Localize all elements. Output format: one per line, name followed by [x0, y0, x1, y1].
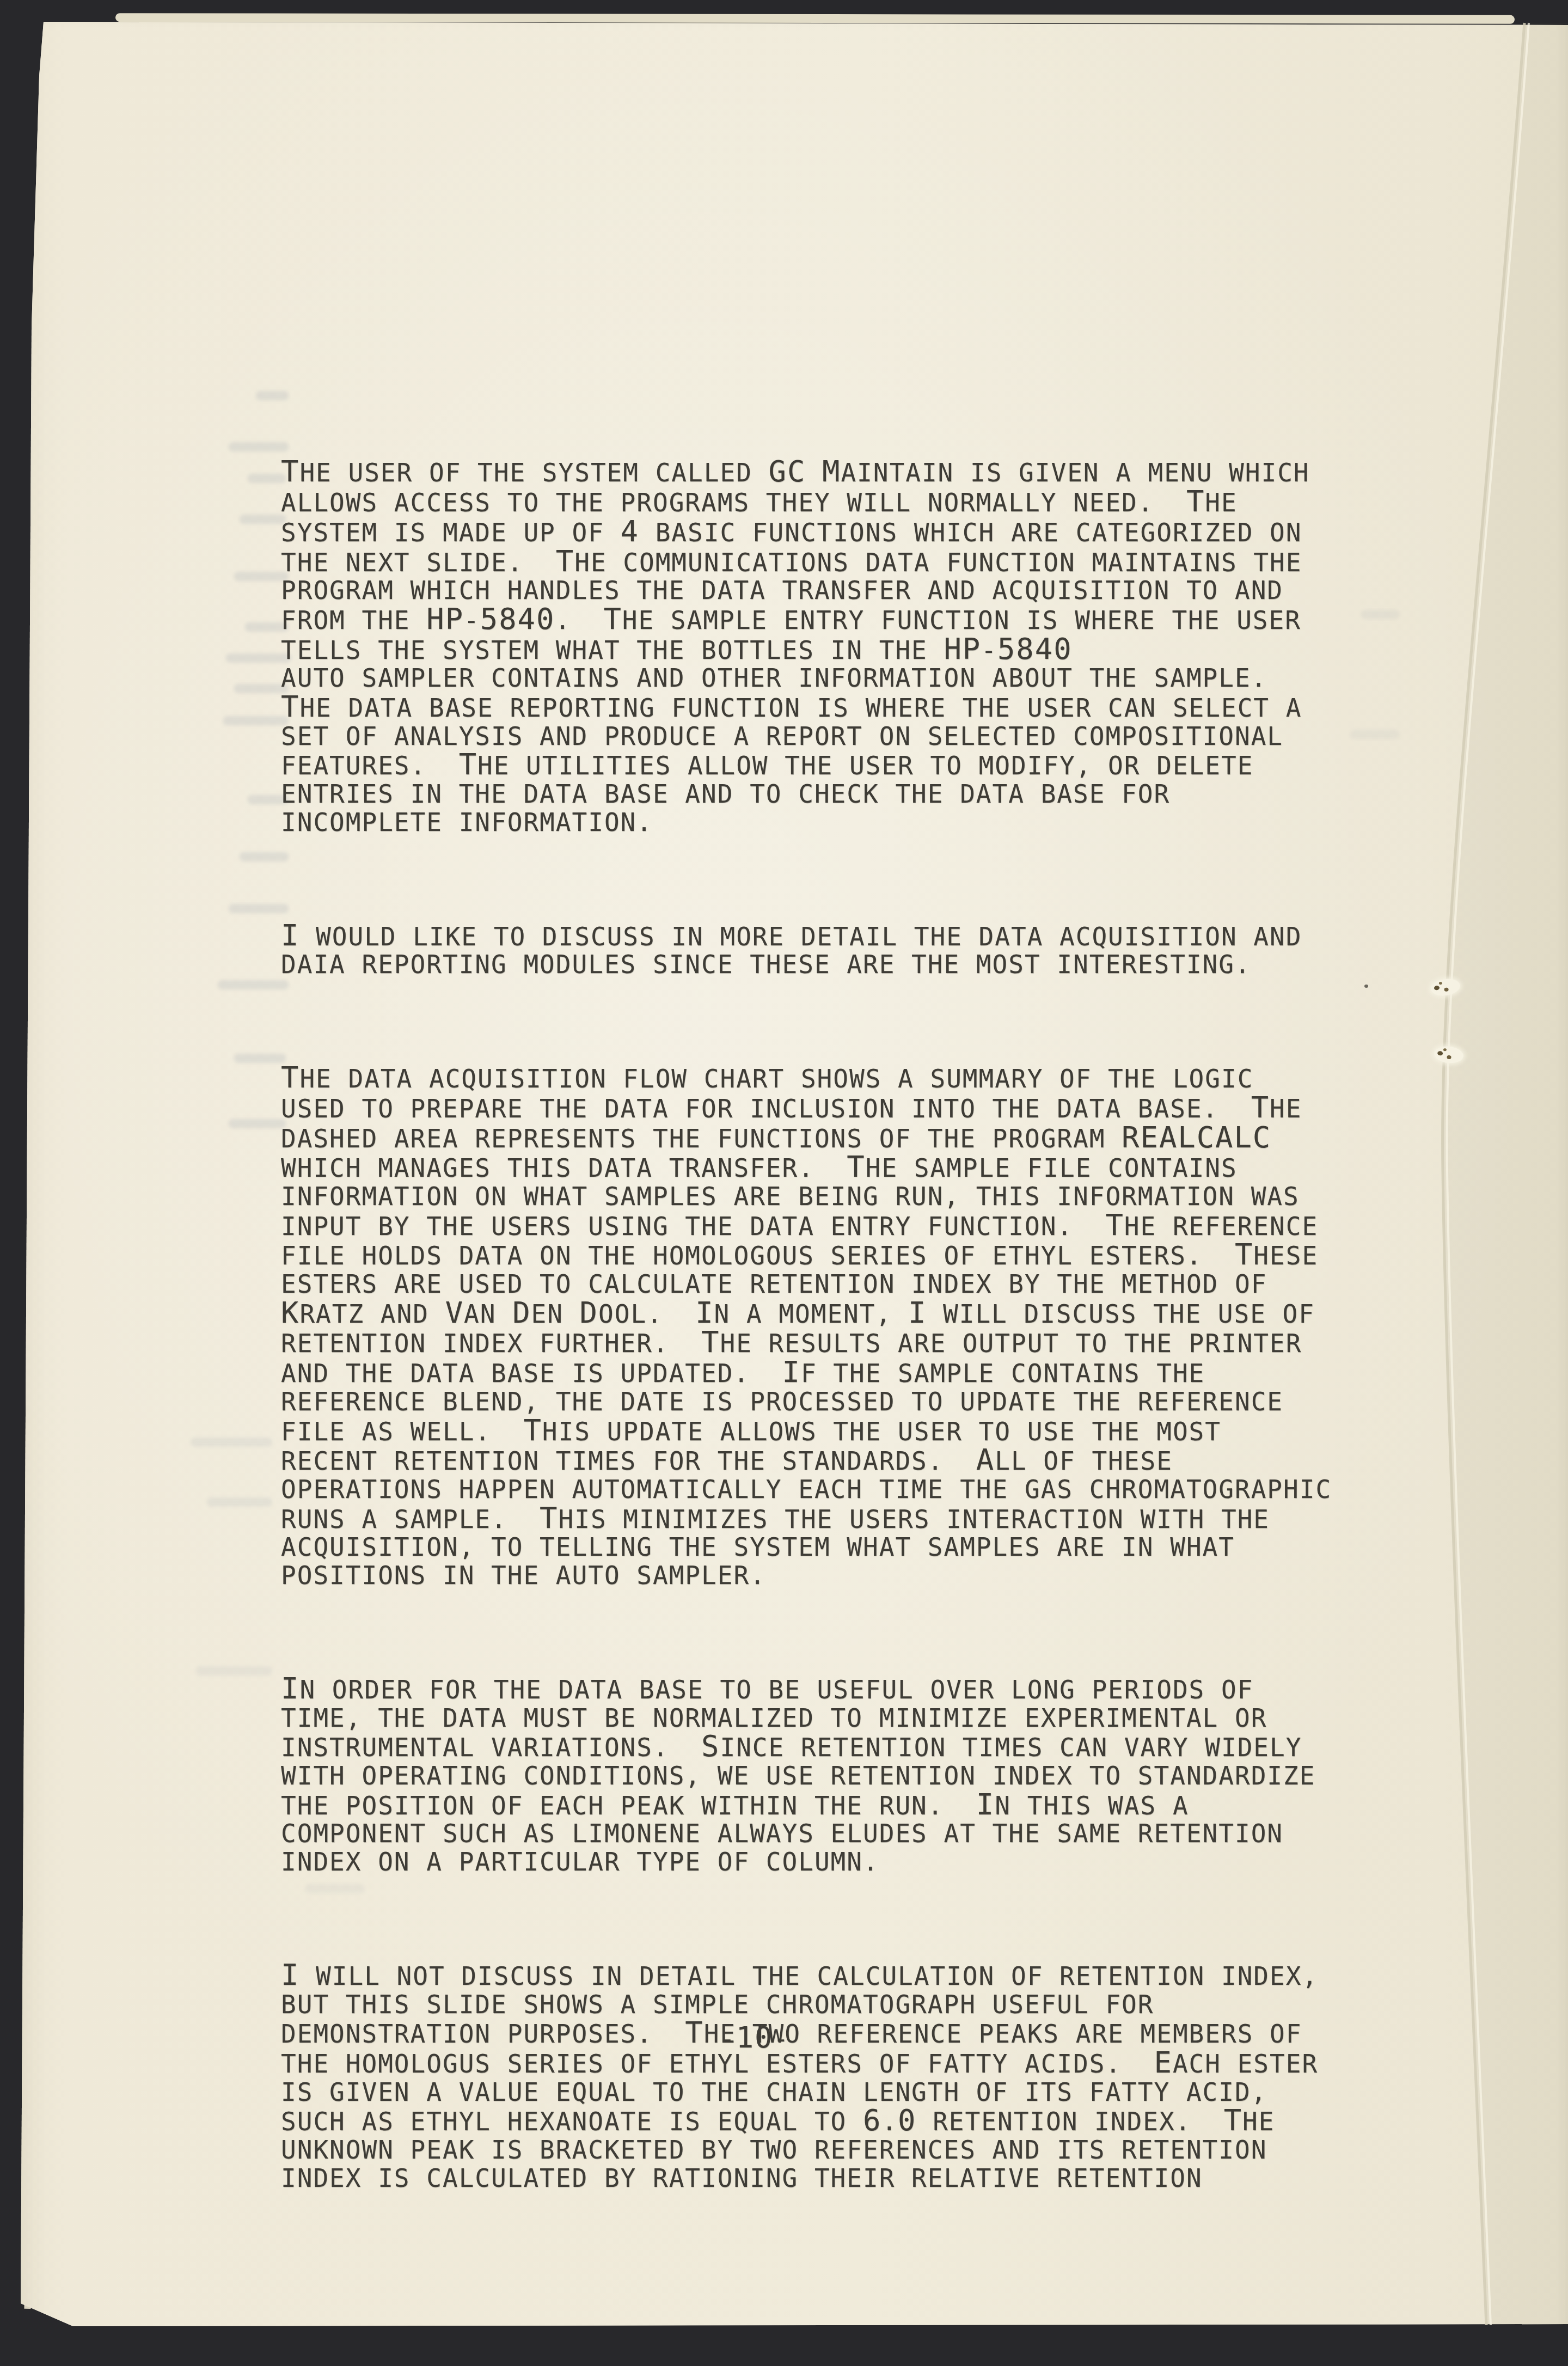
scan-background: THE USER OF THE SYSTEM CALLED GC MAINTAI… [0, 0, 1568, 2366]
page-edge-crease [0, 0, 1568, 2366]
